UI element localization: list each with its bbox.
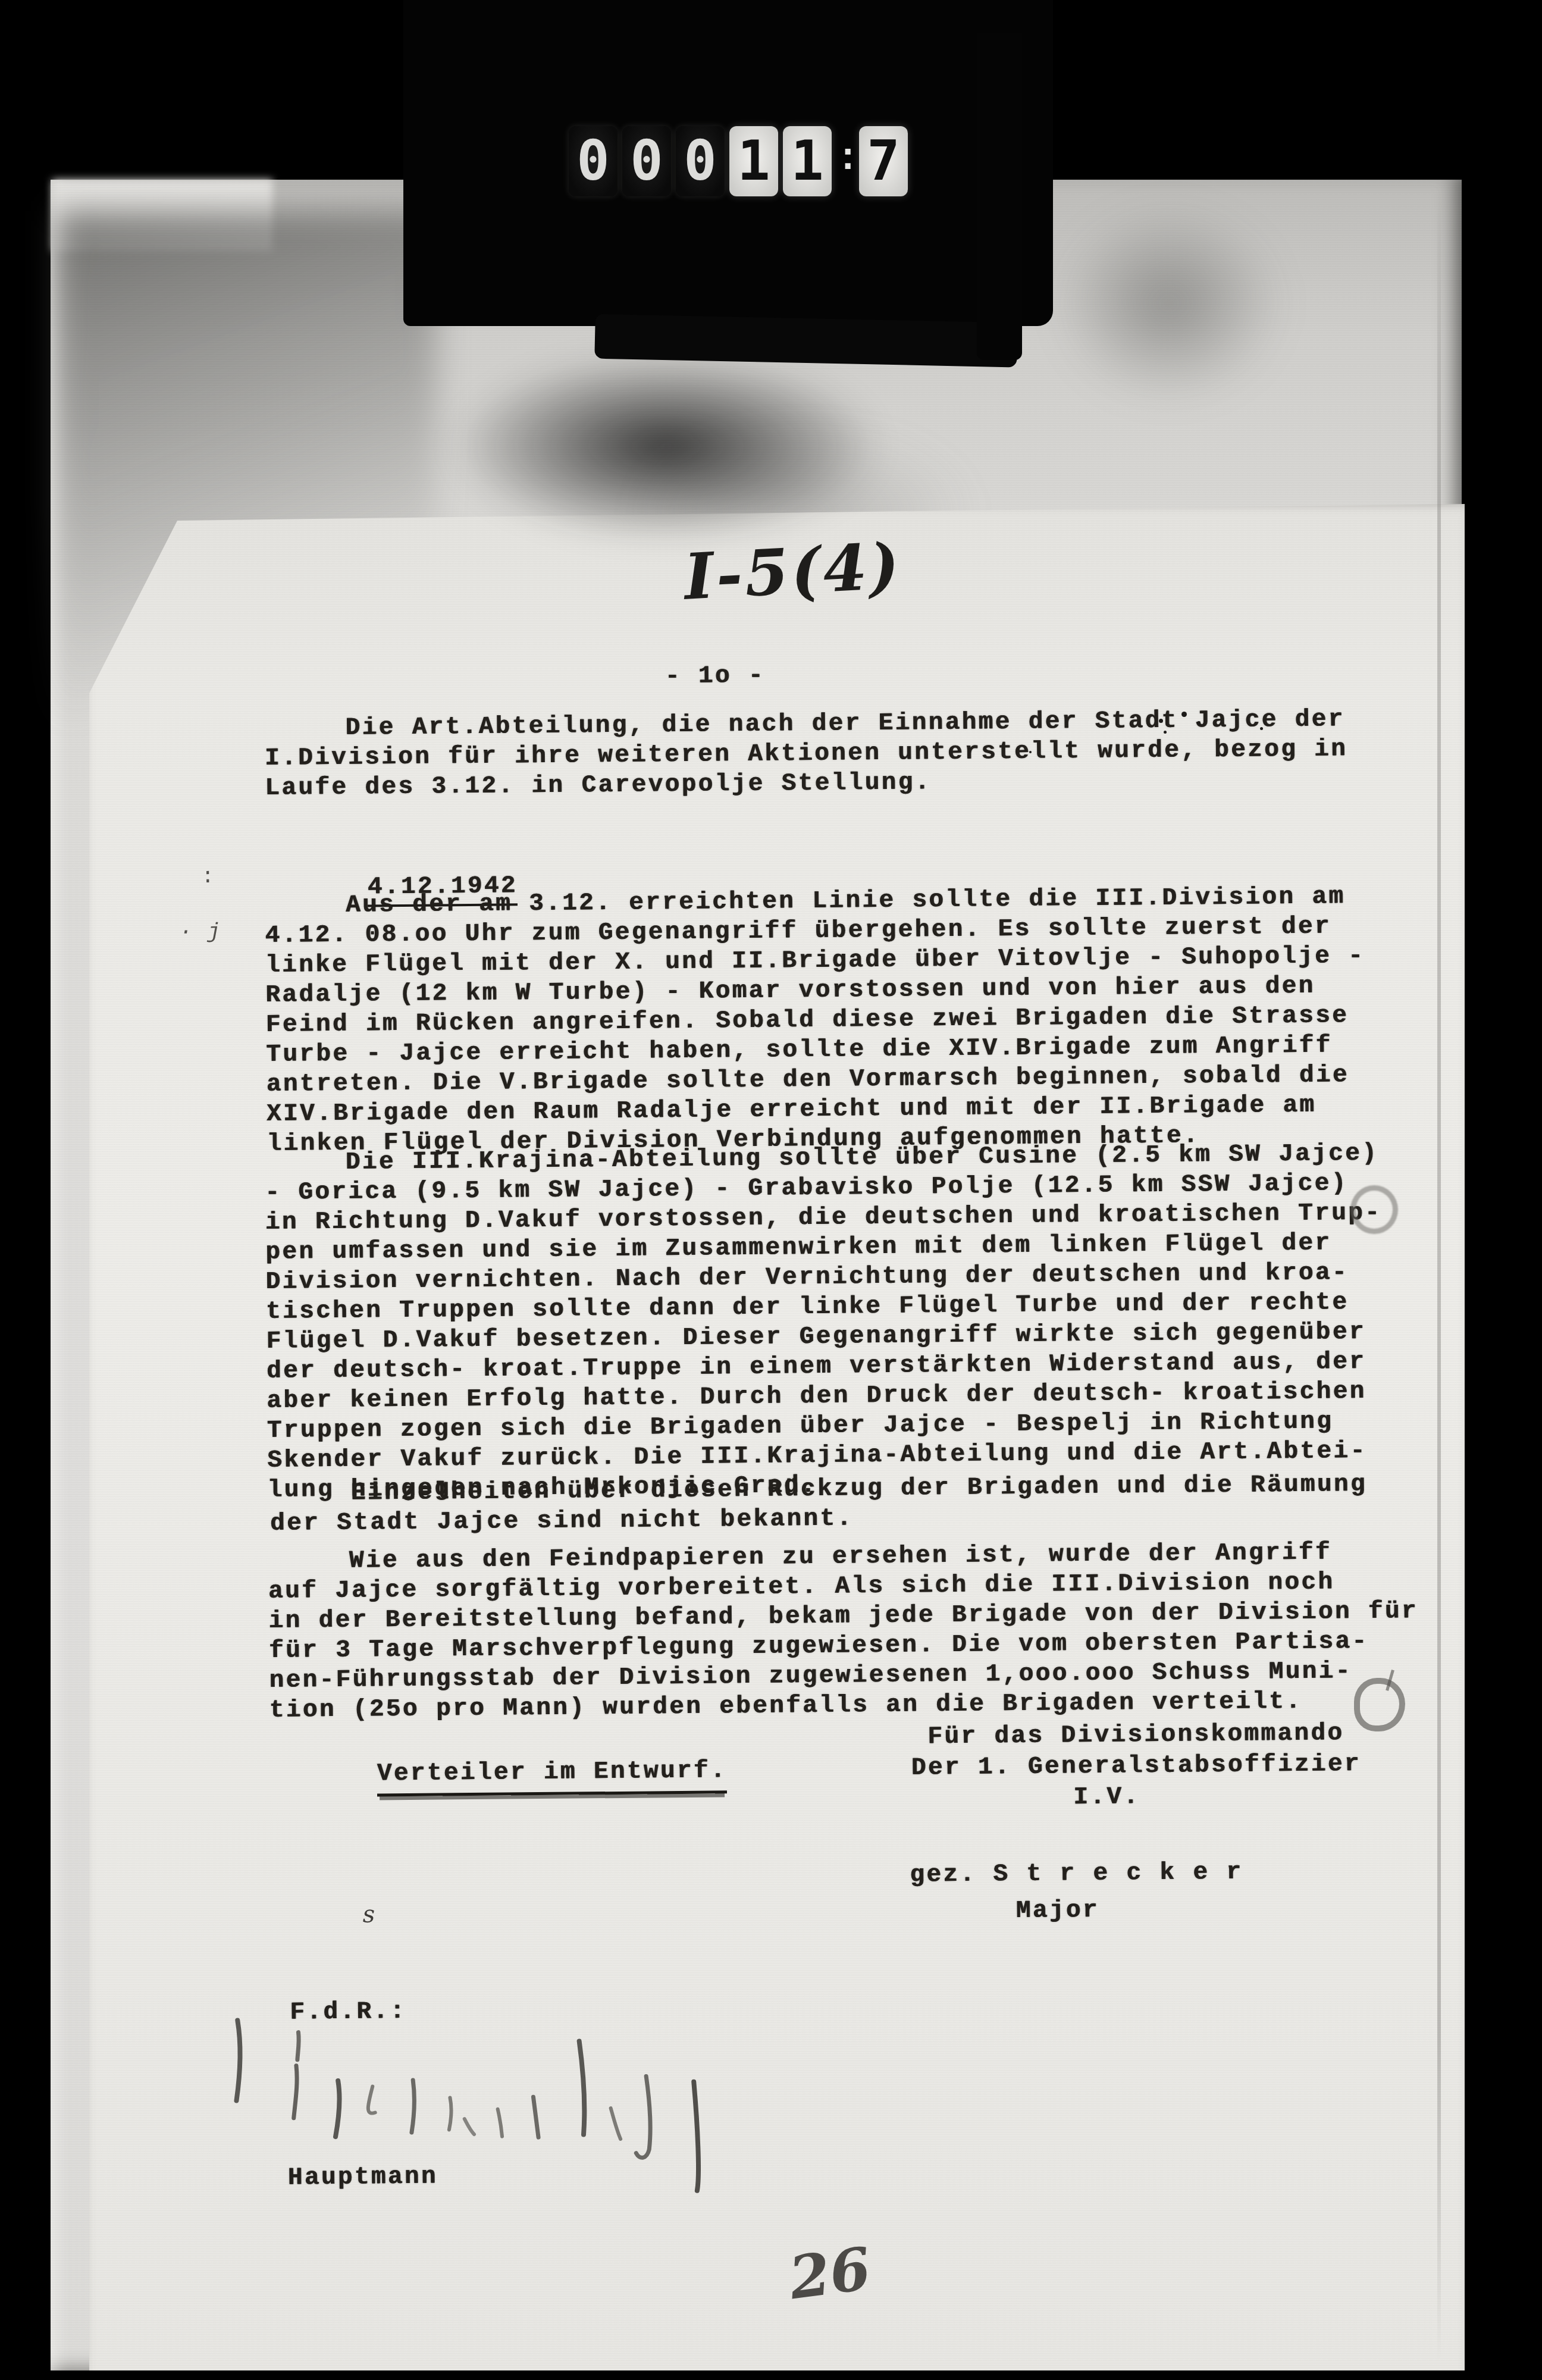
margin-colon-mark: :	[201, 865, 215, 889]
ink-speck	[1181, 712, 1187, 717]
page-content: I-5(4) - 1o - Die Art.Abteilung, die nac…	[0, 0, 1542, 2380]
margin-letter-mark: s	[363, 1901, 375, 1928]
paragraph-3: Die III.Krajina-Abteilung sollte über Cu…	[265, 1139, 1384, 1505]
signature-for-line: Für das Divisionskommando	[927, 1718, 1344, 1752]
paragraph-2: Aus der am 3.12. erreichten Linie sollte…	[265, 882, 1367, 1159]
distribution-note: Verteiler im Entwurf.	[277, 1726, 728, 1827]
signature-scribble	[227, 2008, 716, 2202]
paragraph-1: Die Art.Abteilung, die nach der Einnahme…	[264, 704, 1348, 803]
paragraph-4: Einzelheiten über diesen Rückzug der Bri…	[269, 1470, 1367, 1539]
distribution-note-text: Verteiler im Entwurf.	[377, 1756, 728, 1796]
scanned-document: 00011:7 I-5(4) - 1o - Die Art.Abteilung,…	[0, 0, 1542, 2380]
ink-speck	[1197, 721, 1201, 725]
ink-speck	[1029, 751, 1032, 753]
page-number: - 1o -	[665, 661, 764, 691]
signed-rank: Major	[1016, 1896, 1099, 1926]
punch-ring-mark	[1350, 1185, 1398, 1234]
ink-speck	[1260, 727, 1263, 730]
reference-mark: I-5(4)	[682, 528, 903, 614]
signed-name: gez. S t r e c k e r	[910, 1858, 1243, 1890]
paragraph-5: Wie aus den Feindpapieren zu ersehen ist…	[268, 1537, 1419, 1725]
handwritten-page-number: 26	[785, 2234, 875, 2313]
margin-smudge: · j	[179, 920, 221, 945]
ink-speck	[1159, 719, 1163, 723]
signature-role-line: Der 1. Generalstabsoffizier	[911, 1749, 1361, 1783]
in-vertretung-abbr: I.V.	[1073, 1782, 1140, 1812]
ink-speck	[1164, 731, 1167, 734]
